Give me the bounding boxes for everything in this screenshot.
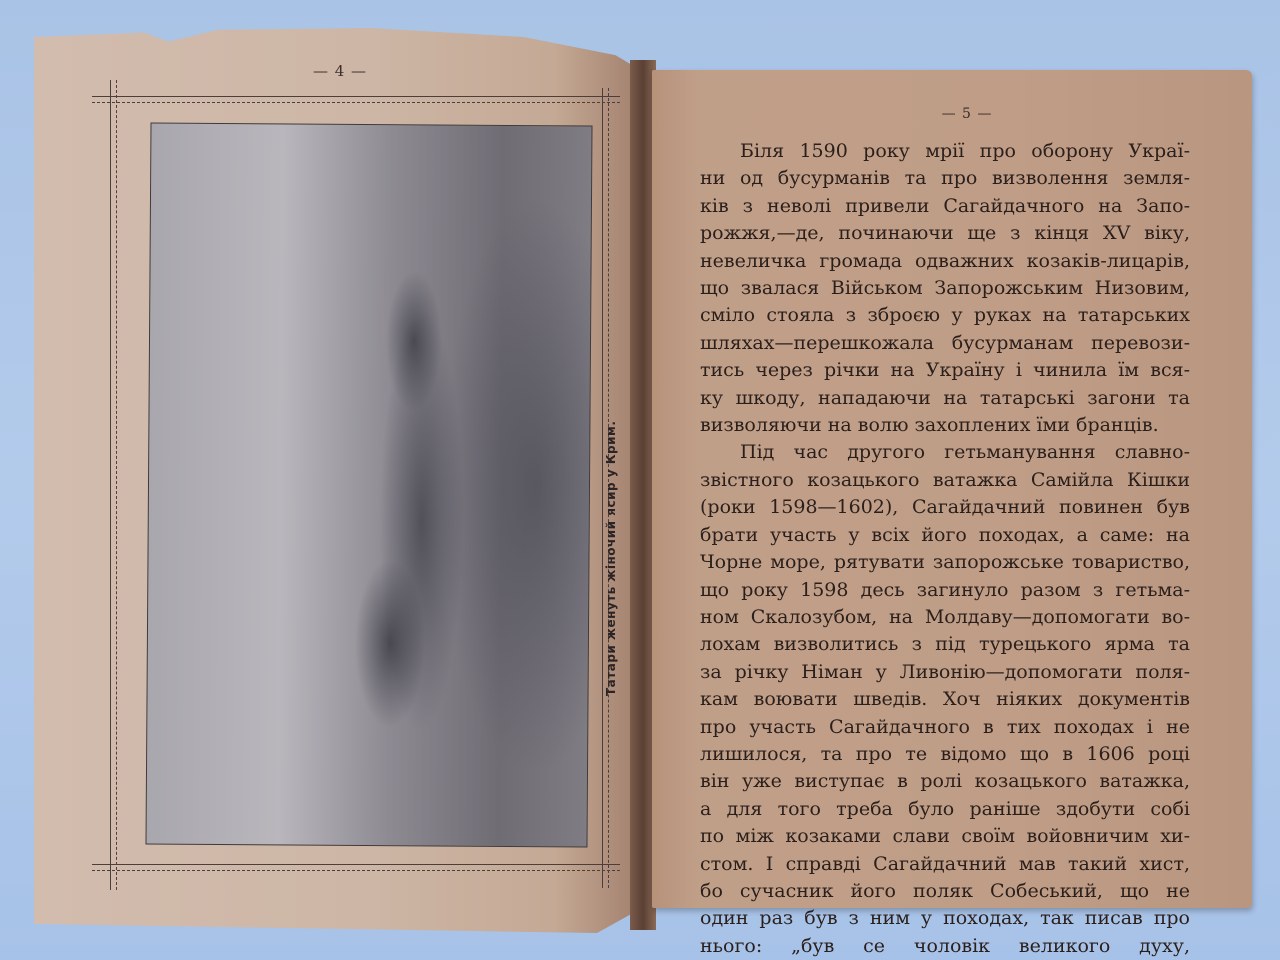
text-line: один раз був з ним у походах, так писав …	[700, 905, 1190, 932]
text-line: невеличка громада одважних козаків-лицар…	[700, 248, 1190, 275]
text-line: тись через річки на Україну і чинила їм …	[700, 357, 1190, 384]
ornamental-border-left	[110, 80, 117, 890]
text-line: кам воювати шведів. Хоч ніяких документі…	[700, 686, 1190, 713]
text-line: Біля 1590 року мрії про оборону Украї-	[700, 138, 1190, 165]
text-line: ном Скалозубом, на Молдаву—допомогати во…	[700, 604, 1190, 631]
text-line: а для того треба було раніше здобути соб…	[700, 796, 1190, 823]
ornamental-border-bottom	[92, 864, 620, 871]
illustration-caption: Татари женуть жіночий ясир у Крим.	[604, 348, 624, 768]
text-line: звістного козацького ватажка Самійла Кіш…	[700, 467, 1190, 494]
text-line: лохам визволитись з під турецького ярма …	[700, 631, 1190, 658]
ornamental-border-top	[92, 96, 620, 103]
text-line: Під час другого гетьманування славно-	[700, 439, 1190, 466]
page-number-right: — 5 —	[652, 106, 1252, 122]
text-line: що звалася Військом Запорожським Низовим…	[700, 275, 1190, 302]
text-line: він уже виступає в ролі козацького ватаж…	[700, 768, 1190, 795]
text-line: що року 1598 десь загинуло разом з гетьм…	[700, 577, 1190, 604]
right-page: — 5 — Біля 1590 року мрії про оборону Ук…	[652, 70, 1252, 908]
text-line: (роки 1598—1602), Сагайдачний повинен бу…	[700, 494, 1190, 521]
text-line: сміло стояла з зброєю у руках на татарсь…	[700, 302, 1190, 329]
text-line: лишилося, та про те відомо що в 1606 роц…	[700, 741, 1190, 768]
page-number-left: — 4 —	[34, 62, 646, 80]
text-line: стом. І справді Сагайдачний мав такий хи…	[700, 851, 1190, 878]
text-line: Чорне море, рятувати запорожське товарис…	[700, 549, 1190, 576]
left-page: — 4 — Татари женуть жіночий ясир у Крим.	[34, 28, 646, 933]
text-line: про участь Сагайдачного в тих походах і …	[700, 714, 1190, 741]
text-line: визволяючи на волю захоплених їми бранці…	[700, 412, 1190, 439]
text-line: ків з неволі привели Сагайдачного на Зап…	[700, 193, 1190, 220]
text-line: шляхах—перешкожала бусурманам перевози-	[700, 330, 1190, 357]
body-text: Біля 1590 року мрії про оборону Украї- н…	[700, 138, 1190, 960]
text-line: ни од бусурманів та про визволення земля…	[700, 165, 1190, 192]
text-line: бо сучасник його поляк Собеський, що не	[700, 878, 1190, 905]
text-line: за річку Німан у Ливонію—допомогати поля…	[700, 659, 1190, 686]
illustration-engraving	[145, 122, 592, 847]
text-line: по між козаками слави своїм войовничим х…	[700, 823, 1190, 850]
text-line: ку шкоду, нападаючи на татарські загони …	[700, 385, 1190, 412]
text-line: нього: „був се чоловік великого духу,	[700, 933, 1190, 960]
text-line: рожжя,—де, починаючи ще з кінця XV віку,	[700, 220, 1190, 247]
text-line: брати участь у всіх його походах, а саме…	[700, 522, 1190, 549]
